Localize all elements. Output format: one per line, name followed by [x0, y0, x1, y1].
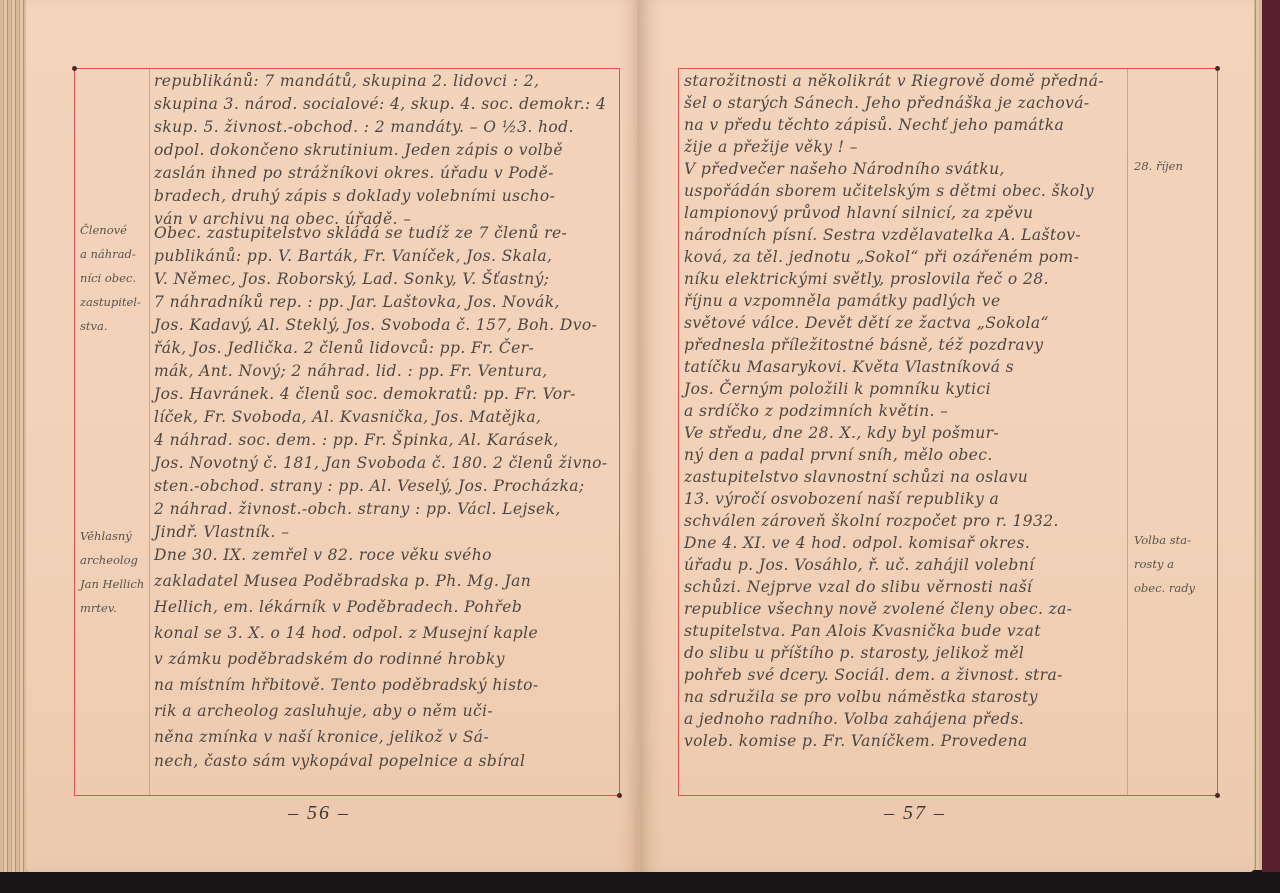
text-line: Hellich, em. lékárník v Poděbradech. Poh… — [154, 598, 522, 616]
frame-corner-dot — [1215, 66, 1220, 71]
text-line: říjnu a vzpomněla památky padlých ve — [684, 292, 1001, 310]
margin-note-line: Věhlasný — [80, 524, 144, 548]
text-line: skupina 3. národ. socialové: 4, skup. 4.… — [154, 95, 606, 113]
page-number-right: – 57 – — [884, 802, 946, 825]
margin-note-line: rosty a — [1134, 552, 1195, 576]
text-line: zastupitelstvo slavnostní schůzi na osla… — [684, 468, 1028, 486]
text-line: ný den a padal první sníh, mělo obec. — [684, 446, 993, 464]
margin-note-members: Členové a náhrad- níci obec. zastupitel-… — [80, 218, 141, 338]
text-line: líček, Fr. Svoboda, Al. Kvasnička, Jos. … — [154, 408, 541, 426]
left-page: Členové a náhrad- níci obec. zastupitel-… — [26, 0, 640, 872]
text-line: V předvečer našeho Národního svátku, — [684, 160, 1005, 178]
text-line: stupitelstva. Pan Alois Kvasnička bude v… — [684, 622, 1041, 640]
text-line: schůzi. Nejprve vzal do slibu věrnosti n… — [684, 578, 1032, 596]
margin-note-line: níci obec. — [80, 266, 141, 290]
text-line: a srdíčko z podzimních květin. – — [684, 402, 948, 420]
text-line: republikánů: 7 mandátů, skupina 2. lidov… — [154, 72, 539, 90]
text-line: něna zmínka v naší kronice, jelikož v Sá… — [154, 728, 489, 746]
margin-note-line: 28. říjen — [1134, 154, 1183, 178]
text-line: Jindř. Vlastník. – — [154, 523, 289, 541]
book-cover-edge — [1262, 0, 1280, 893]
margin-note-line: mrtev. — [80, 596, 144, 620]
margin-note-line: zastupitel- — [80, 290, 141, 314]
text-line: světové válce. Devět dětí ze žactva „Sok… — [684, 314, 1049, 332]
frame-corner-dot — [617, 793, 622, 798]
text-line: bradech, druhý zápis s doklady volebními… — [154, 187, 555, 205]
margin-note-hellich: Věhlasný archeolog Jan Hellich mrtev. — [80, 524, 144, 620]
text-line: uspořádán sborem učitelským s dětmi obec… — [684, 182, 1094, 200]
margin-note-election: Volba sta- rosty a obec. rady — [1134, 528, 1195, 600]
text-line: na sdružila se pro volbu náměstka staros… — [684, 688, 1038, 706]
text-line: Ve středu, dne 28. X., kdy byl pošmur- — [684, 424, 999, 442]
text-line: voleb. komise p. Fr. Vaníčkem. Provedena — [684, 732, 1028, 750]
text-line: publikánů: pp. V. Barták, Fr. Vaníček, J… — [154, 247, 552, 265]
text-line: 13. výročí osvobození naší republiky a — [684, 490, 999, 508]
text-line: odpol. dokončeno skrutinium. Jeden zápis… — [154, 141, 563, 159]
margin-rule — [149, 69, 150, 795]
text-line: V. Němec, Jos. Roborský, Lad. Sonky, V. … — [154, 270, 549, 288]
text-line: schválen zároveň školní rozpočet pro r. … — [684, 512, 1059, 530]
text-line: zaslán ihned po strážníkovi okres. úřadu… — [154, 164, 554, 182]
margin-note-line: a náhrad- — [80, 242, 141, 266]
text-line: do slibu u příštího p. starosty, jelikož… — [684, 644, 1024, 662]
frame-corner-dot — [72, 66, 77, 71]
text-line: 7 náhradníků rep. : pp. Jar. Laštovka, J… — [154, 293, 560, 311]
text-line: přednesla příležitostné básně, též pozdr… — [684, 336, 1043, 354]
text-line: národních písní. Sestra vzdělavatelka A.… — [684, 226, 1081, 244]
text-line: ková, za těl. jednotu „Sokol“ při ozářen… — [684, 248, 1079, 266]
text-line: starožitnosti a několikrát v Riegrově do… — [684, 72, 1104, 90]
text-line: tatíčku Masarykovi. Květa Vlastníková s — [684, 358, 1014, 376]
margin-note-line: archeolog — [80, 548, 144, 572]
text-line: Jos. Novotný č. 181, Jan Svoboda č. 180.… — [154, 454, 608, 472]
text-line: Jos. Černým položili k pomníku kytici — [684, 380, 991, 398]
text-line: 2 náhrad. živnost.-obch. strany : pp. Vá… — [154, 500, 561, 518]
margin-note-line: Členové — [80, 218, 141, 242]
text-line: mák, Ant. Nový; 2 náhrad. lid. : pp. Fr.… — [154, 362, 548, 380]
text-line: v zámku poděbradském do rodinné hrobky — [154, 650, 505, 668]
text-line: na v předu těchto zápisů. Nechť jeho pam… — [684, 116, 1064, 134]
text-line: republice všechny nově zvolené členy obe… — [684, 600, 1072, 618]
frame-corner-dot — [1215, 793, 1220, 798]
text-line: Dne 30. IX. zemřel v 82. roce věku svého — [154, 546, 492, 564]
right-page: 28. říjen Volba sta- rosty a obec. rady … — [640, 0, 1254, 872]
text-line: skup. 5. živnost.-obchod. : 2 mandáty. –… — [154, 118, 574, 136]
page-number-text: – 56 – — [288, 802, 350, 824]
page-number-left: – 56 – — [288, 802, 350, 825]
text-line: a jednoho radního. Volba zahájena předs. — [684, 710, 1024, 728]
text-line: sten.-obchod. strany : pp. Al. Veselý, J… — [154, 477, 585, 495]
text-line: Jos. Kadavý, Al. Steklý, Jos. Svoboda č.… — [154, 316, 597, 334]
right-page-text: starožitnosti a několikrát v Riegrově do… — [684, 72, 1124, 752]
text-line: 4 náhrad. soc. dem. : pp. Fr. Špinka, Al… — [154, 431, 559, 449]
margin-note-line: Volba sta- — [1134, 528, 1195, 552]
margin-note-line: stva. — [80, 314, 141, 338]
text-line: zakladatel Musea Poděbradska p. Ph. Mg. … — [154, 572, 531, 590]
text-line: šel o starých Sánech. Jeho přednáška je … — [684, 94, 1090, 112]
text-line: Obec. zastupitelstvo skládá se tudíž ze … — [154, 224, 567, 242]
left-page-text: republikánů: 7 mandátů, skupina 2. lidov… — [154, 72, 614, 752]
text-line: žije a přežije věky ! – — [684, 138, 858, 156]
text-line: nech, často sám vykopával popelnice a sb… — [154, 752, 525, 770]
book-cover-bottom — [0, 872, 1280, 893]
margin-note-oct28: 28. říjen — [1134, 154, 1183, 178]
margin-note-line: obec. rady — [1134, 576, 1195, 600]
text-line: pohřeb své dcery. Sociál. dem. a živnost… — [684, 666, 1063, 684]
text-line: níku elektrickými světly, proslovila řeč… — [684, 270, 1049, 288]
text-line: Dne 4. XI. ve 4 hod. odpol. komisař okre… — [684, 534, 1030, 552]
margin-rule — [1127, 69, 1128, 795]
text-line: řák, Jos. Jedlička. 2 členů lidovců: pp.… — [154, 339, 534, 357]
text-line: Jos. Havránek. 4 členů soc. demokratů: p… — [154, 385, 576, 403]
text-line: úřadu p. Jos. Vosáhlo, ř. uč. zahájil vo… — [684, 556, 1034, 574]
text-line: lampionový průvod hlavní silnicí, za zpě… — [684, 204, 1033, 222]
text-line: na místním hřbitově. Tento poděbradský h… — [154, 676, 539, 694]
text-line: konal se 3. X. o 14 hod. odpol. z Musejn… — [154, 624, 538, 642]
text-line: rik a archeolog zasluhuje, aby o něm uči… — [154, 702, 493, 720]
margin-note-line: Jan Hellich — [80, 572, 144, 596]
page-number-text: – 57 – — [884, 802, 946, 824]
